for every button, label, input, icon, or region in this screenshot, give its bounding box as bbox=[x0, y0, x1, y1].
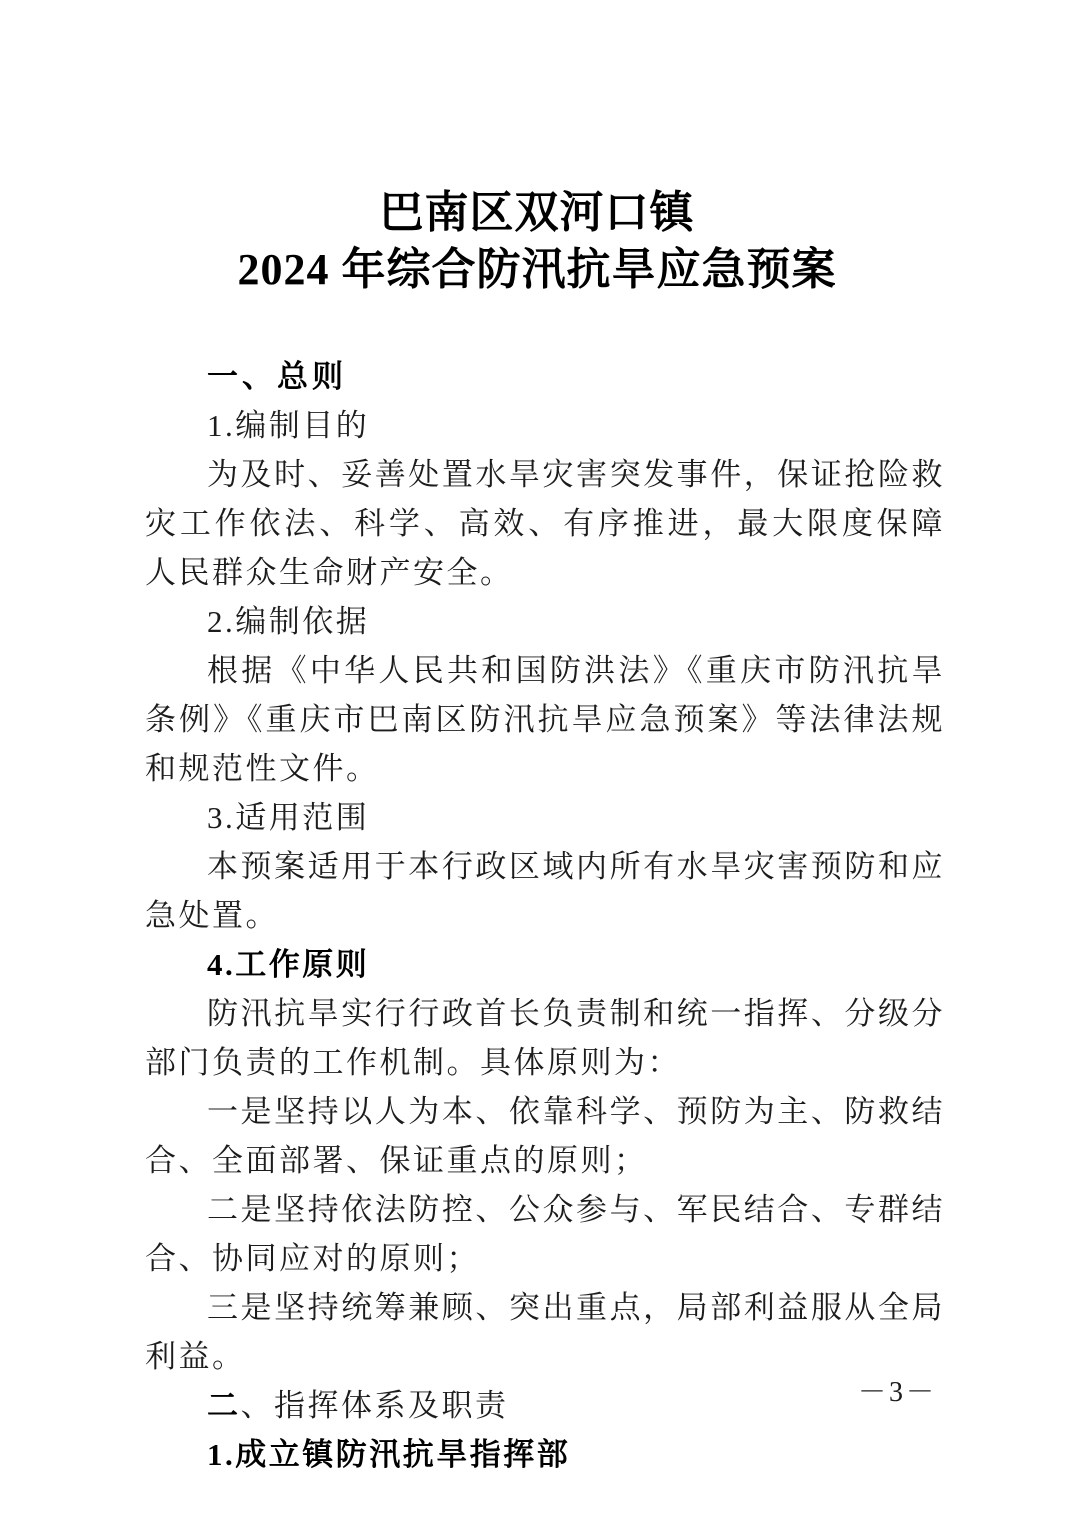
paragraph-scope: 本预案适用于本行政区域内所有水旱灾害预防和应急处置。 bbox=[145, 842, 945, 940]
paragraph-principle-3: 三是坚持统筹兼顾、突出重点，局部利益服从全局利益。 bbox=[145, 1283, 945, 1381]
document-title: 巴南区双河口镇 2024 年综合防汛抗旱应急预案 bbox=[0, 0, 1074, 298]
paragraph-principles-intro: 防汛抗旱实行行政首长负责制和统一指挥、分级分部门负责的工作机制。具体原则为： bbox=[145, 989, 945, 1087]
subheading-work-principles: 4.工作原则 bbox=[145, 940, 945, 989]
paragraph-principle-1: 一是坚持以人为本、依靠科学、预防为主、防救结合、全面部署、保证重点的原则； bbox=[145, 1087, 945, 1185]
title-line-2: 2024 年综合防汛抗旱应急预案 bbox=[0, 241, 1074, 298]
paragraph-principle-2: 二是坚持依法防控、公众参与、军民结合、专群结合、协同应对的原则； bbox=[145, 1185, 945, 1283]
page-number: －3－ bbox=[858, 1370, 937, 1410]
title-line-1: 巴南区双河口镇 bbox=[0, 184, 1074, 241]
section-heading-general-rules: 一、总则 bbox=[145, 352, 945, 401]
heading-number: 二 bbox=[207, 1388, 241, 1423]
subheading-establish-headquarters: 1.成立镇防汛抗旱指挥部 bbox=[145, 1430, 945, 1479]
document-body: 一、总则1.编制目的为及时、妥善处置水旱灾害突发事件，保证抢险救灾工作依法、科学… bbox=[145, 352, 945, 1479]
subheading-scope: 3.适用范围 bbox=[145, 793, 945, 842]
subheading-compilation-basis: 2.编制依据 bbox=[145, 597, 945, 646]
section-heading-command-system: 二、指挥体系及职责 bbox=[145, 1381, 945, 1430]
paragraph-purpose: 为及时、妥善处置水旱灾害突发事件，保证抢险救灾工作依法、科学、高效、有序推进，最… bbox=[145, 450, 945, 597]
paragraph-basis: 根据《中华人民共和国防洪法》《重庆市防汛抗旱条例》《重庆市巴南区防汛抗旱应急预案… bbox=[145, 646, 945, 793]
subheading-compilation-purpose: 1.编制目的 bbox=[145, 401, 945, 450]
document-page: 巴南区双河口镇 2024 年综合防汛抗旱应急预案 一、总则1.编制目的为及时、妥… bbox=[0, 0, 1074, 1520]
